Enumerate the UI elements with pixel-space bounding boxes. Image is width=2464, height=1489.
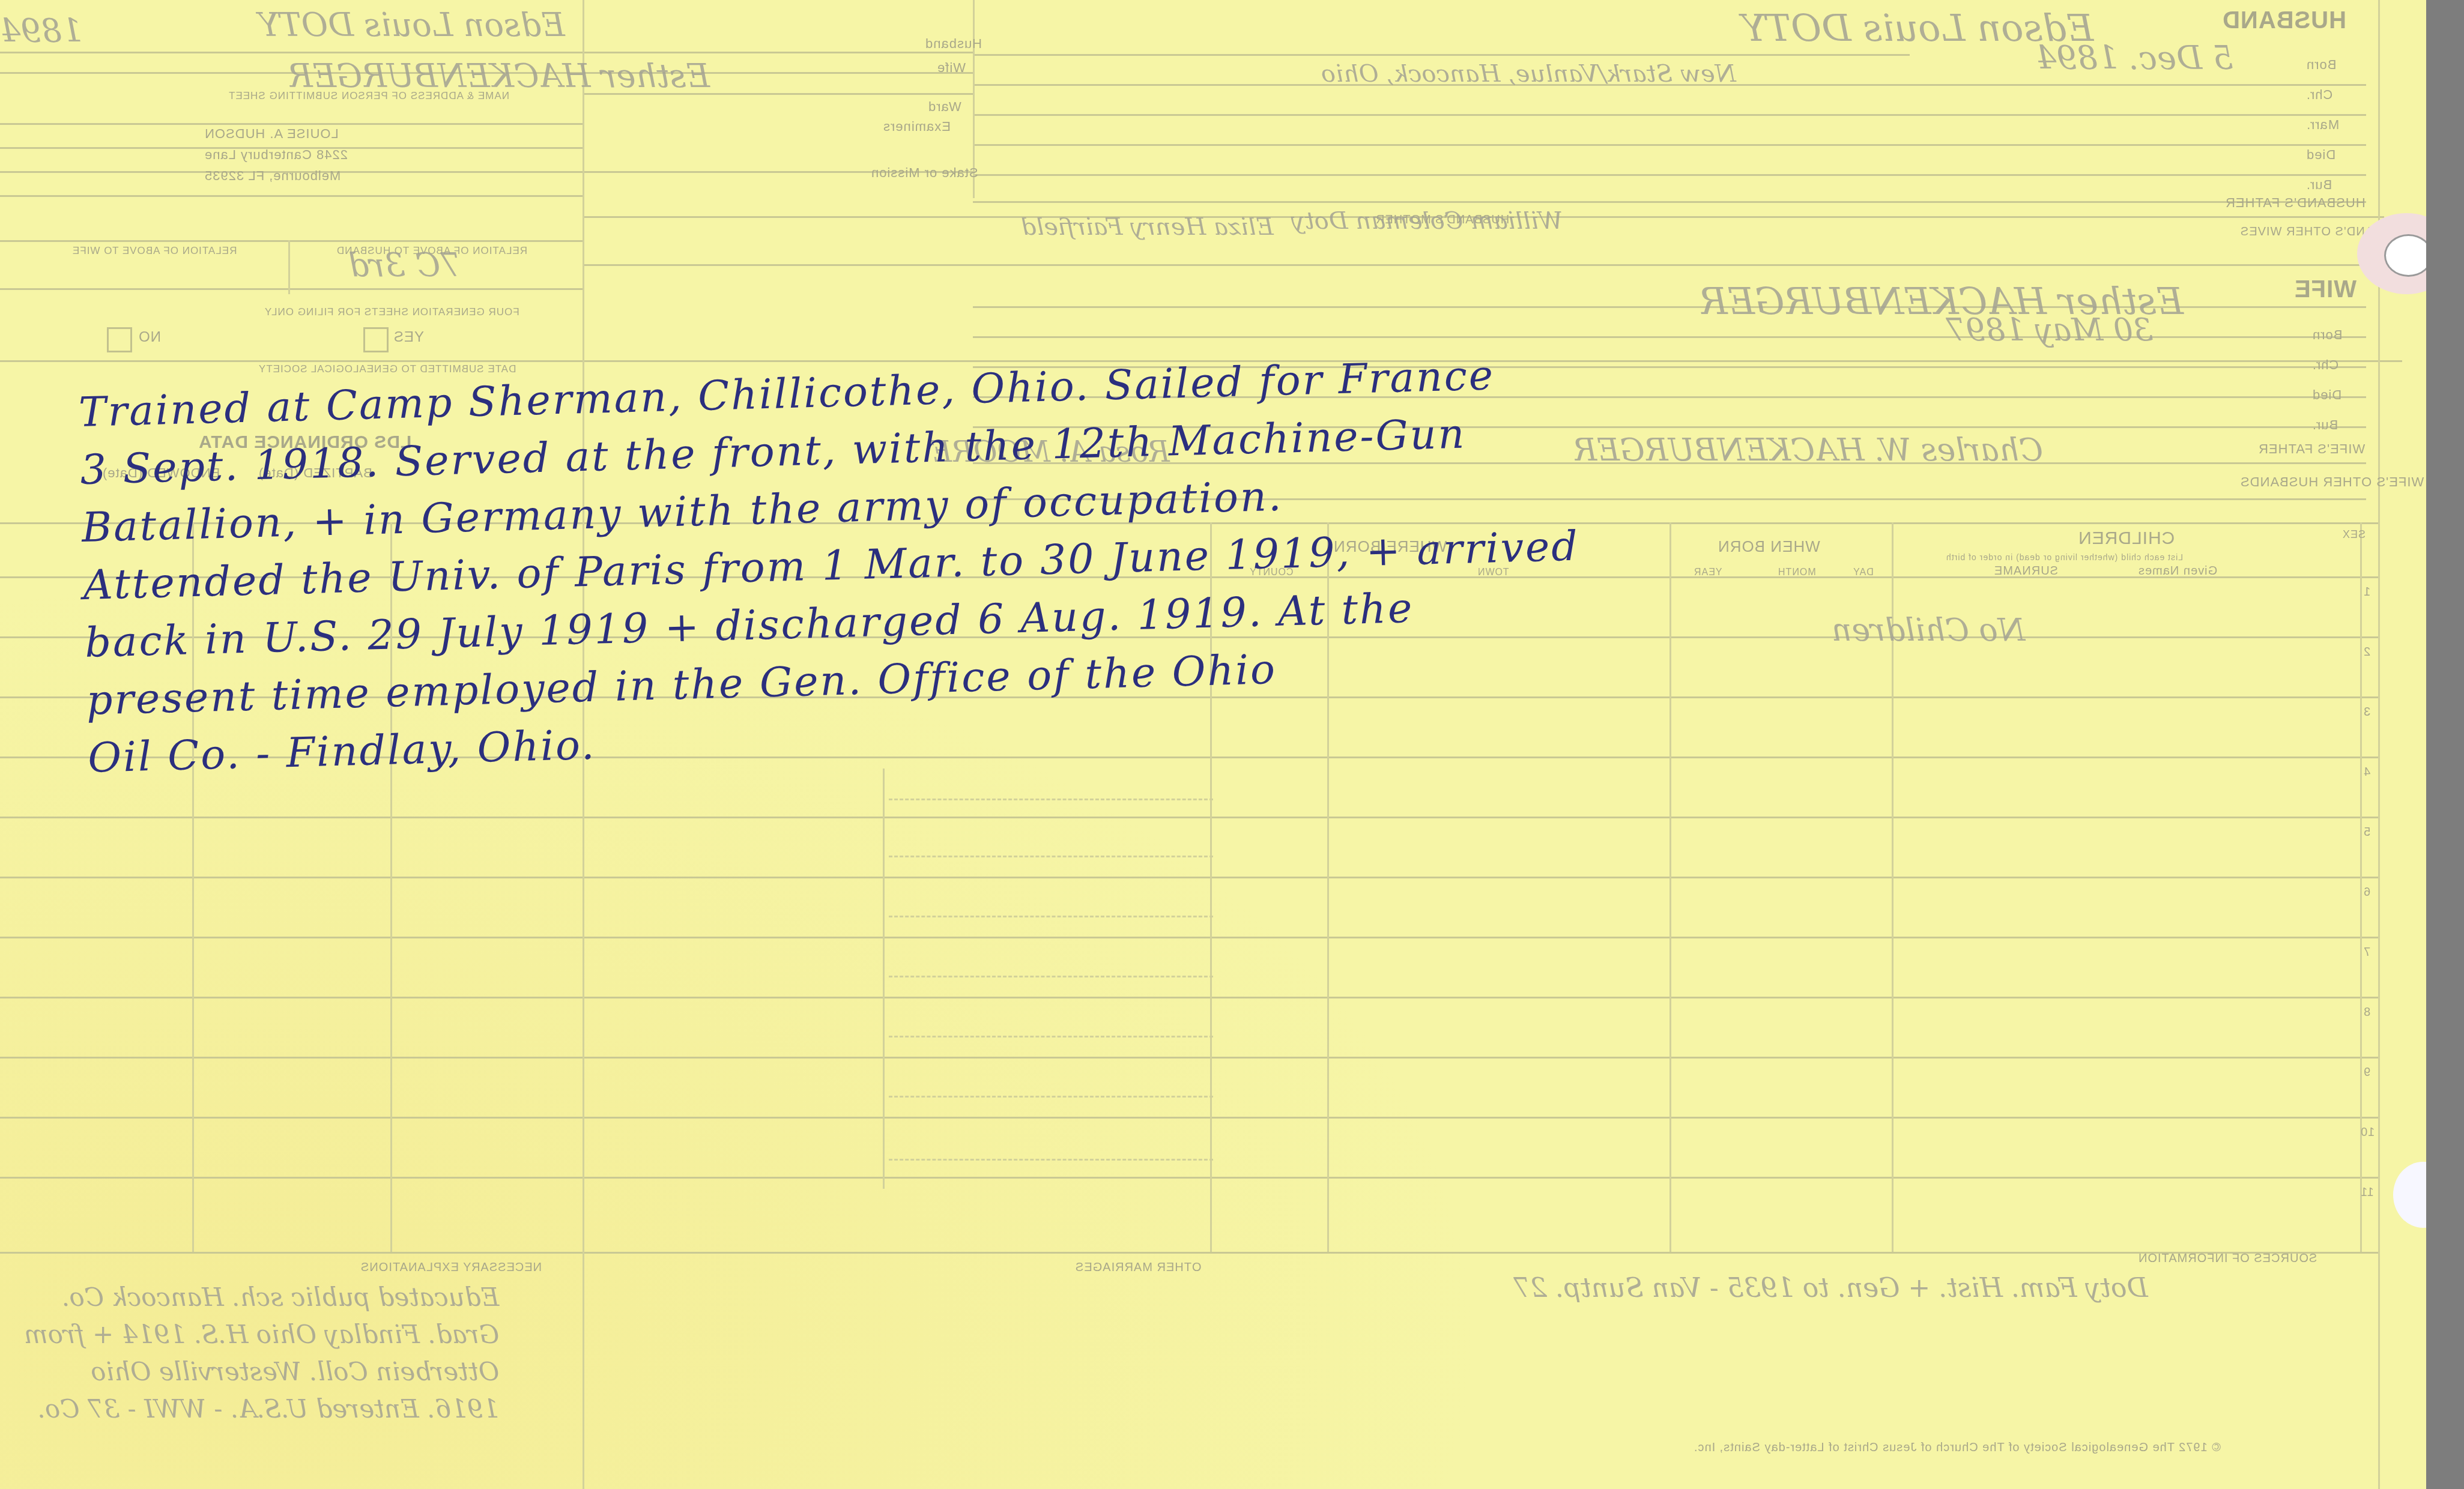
- no-checkbox: [107, 327, 132, 352]
- pencil-husband-father: William Coleman Doty: [1291, 207, 1563, 235]
- handwritten-military-service-note: Trained at Camp Sherman, Chillicothe, Oh…: [78, 348, 1470, 788]
- husband-died-label: Died: [2306, 147, 2335, 163]
- when-born-year: YEAR: [1694, 567, 1722, 578]
- pencil-explanations: Educated public sch. Hancock Co. Grad. F…: [24, 1279, 499, 1428]
- pencil-relation: 7C 3rd: [348, 246, 461, 284]
- family-group-record-sheet: Husband Wife Ward Examiners Stake or Mis…: [0, 0, 2426, 1489]
- child-row-3: 3: [2363, 705, 2370, 719]
- sources-label: SOURCES OF INFORMATION: [2138, 1252, 2317, 1266]
- child-row-1: 1: [2363, 585, 2370, 599]
- scan-border: [2426, 0, 2464, 1489]
- child-row-4: 4: [2363, 766, 2370, 779]
- child-row-10: 10: [2360, 1126, 2375, 1140]
- child-row-7: 7: [2363, 946, 2370, 959]
- husband-born-label: Born: [2306, 57, 2336, 73]
- children-subheader: List each child (whether living or dead)…: [1946, 552, 2183, 562]
- wife-label: Wife: [937, 60, 966, 76]
- explanations-label: NECESSARY EXPLANATIONS: [360, 1261, 542, 1275]
- children-header: CHILDREN: [2078, 528, 2175, 549]
- wife-bur-label: Bur.: [2312, 417, 2338, 433]
- child-row-2: 2: [2363, 645, 2370, 659]
- wife-born-label: Born: [2312, 327, 2342, 343]
- wife-father-label: WIFE'S FATHER: [2258, 441, 2365, 457]
- yes-label: YES: [393, 329, 424, 346]
- pencil-wife-father: Charles W. HACKENBURGER: [1573, 432, 2043, 468]
- pencil-sources: Doty Fam. Hist. + Gen. to 1935 - Van Sun…: [1513, 1273, 2148, 1303]
- wife-other-husbands-label: WIFE'S OTHER HUSBANDS: [2240, 474, 2424, 490]
- surname-header: SURNAME: [1994, 564, 2058, 578]
- submitter-stamp-line-1: LOUISE A. HUDSON: [204, 126, 339, 142]
- child-row-9: 9: [2363, 1066, 2370, 1080]
- stake-label: Stake or Mission: [871, 165, 978, 181]
- pencil-wife-born: 30 May 1897: [1946, 312, 2153, 348]
- pencil-husband-born-place: New Stark/Vanlue, Hancock, Ohio: [1321, 60, 1736, 88]
- sex-header: SEX: [2342, 528, 2366, 541]
- wife-died-label: Died: [2312, 387, 2341, 403]
- examiners-label: Examiners: [883, 119, 951, 134]
- husband-chr-label: Chr.: [2306, 87, 2332, 103]
- wife-section-label: WIFE: [2294, 276, 2357, 303]
- child-row-8: 8: [2363, 1006, 2370, 1019]
- submitter-stamp-line-3: Melbourne, FL 32935: [204, 168, 341, 184]
- copyright-notice: © 1972 The Genealogical Society of The C…: [1694, 1441, 2221, 1455]
- ward-label: Ward: [928, 99, 961, 115]
- pencil-header-husband: Edson Louis DOTY: [258, 6, 565, 44]
- pencil-husband-born: 5 Dec. 1894: [2036, 39, 2233, 77]
- other-marriages-label: OTHER MARRIAGES: [1075, 1261, 1202, 1275]
- yes-checkbox: [363, 327, 389, 352]
- when-born-header: WHEN BORN: [1718, 537, 1820, 556]
- when-born-day: DAY: [1853, 567, 1874, 578]
- pencil-children-entry: No Children: [1832, 612, 2025, 648]
- child-row-11: 11: [2360, 1186, 2374, 1200]
- when-born-month: MONTH: [1778, 567, 1816, 578]
- no-label: NO: [138, 329, 161, 346]
- husband-section-label: HUSBAND: [2222, 7, 2346, 34]
- child-row-6: 6: [2363, 886, 2370, 899]
- pencil-year-corner: 1894: [0, 12, 82, 50]
- husband-father-label: HUSBAND'S FATHER: [2225, 195, 2366, 211]
- husband-label: Husband: [925, 36, 982, 52]
- wife-chr-label: Chr.: [2312, 357, 2338, 373]
- child-row-5: 5: [2363, 826, 2370, 839]
- husband-bur-label: Bur.: [2306, 177, 2332, 193]
- submitter-stamp-line-2: 2248 Canterbury Lane: [204, 147, 348, 163]
- relation-wife-label: RELATION OF ABOVE TO WIFE: [72, 245, 237, 257]
- pencil-header-wife: Esther HACKENBURGER: [288, 57, 710, 95]
- husband-marr-label: Marr.: [2306, 117, 2339, 133]
- pencil-husband-mother: Eliza Henry Fairfield: [1021, 213, 1274, 241]
- four-generation-label: FOUR GENERATION SHEETS FOR FILING ONLY: [264, 306, 519, 318]
- given-names-header: Given Names: [2138, 564, 2217, 578]
